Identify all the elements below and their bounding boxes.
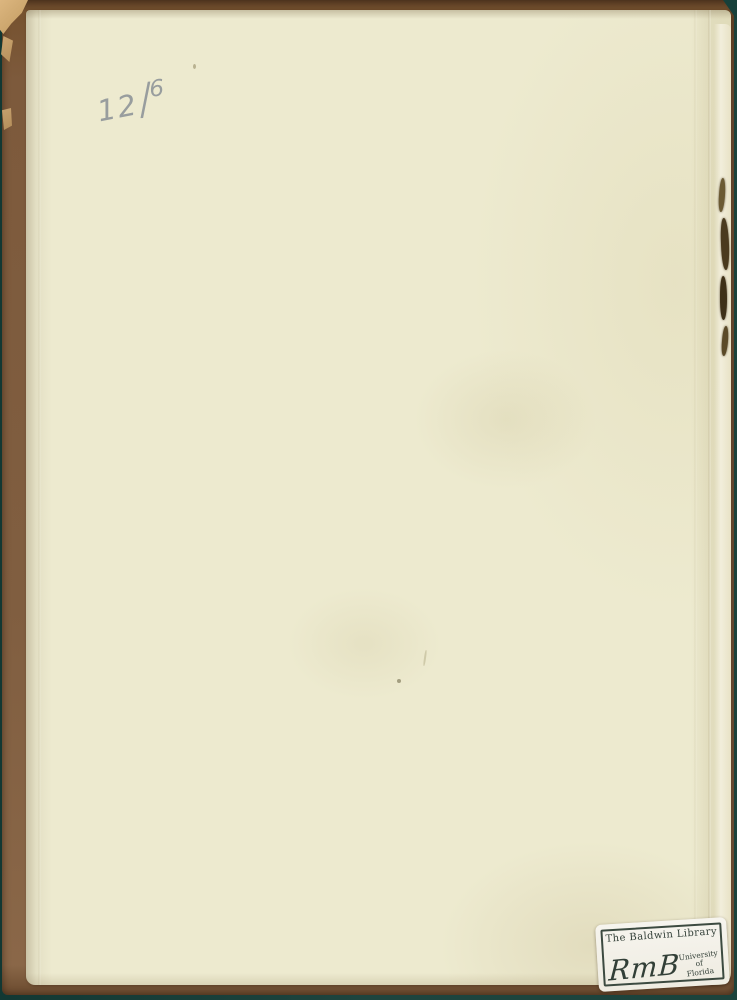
torn-fore-edge	[714, 24, 731, 979]
endpaper-page	[26, 10, 731, 985]
page-speck	[193, 64, 196, 69]
bookplate-institution: University of Florida	[678, 949, 720, 979]
page-crease-right	[708, 10, 711, 985]
bookplate-label: The Baldwin Library RmB University of Fl…	[595, 917, 730, 992]
page-crease-left	[38, 10, 41, 985]
page-crease-right-inner	[694, 10, 697, 985]
book-scan: 12/6 The Baldwin Library RmB University …	[0, 0, 737, 1000]
page-speck	[397, 679, 401, 683]
pencil-shillings: 12	[94, 87, 141, 128]
edge-debris	[720, 276, 727, 320]
bookplate-monogram: RmB	[608, 951, 681, 986]
pencil-pence: 6	[148, 75, 165, 102]
